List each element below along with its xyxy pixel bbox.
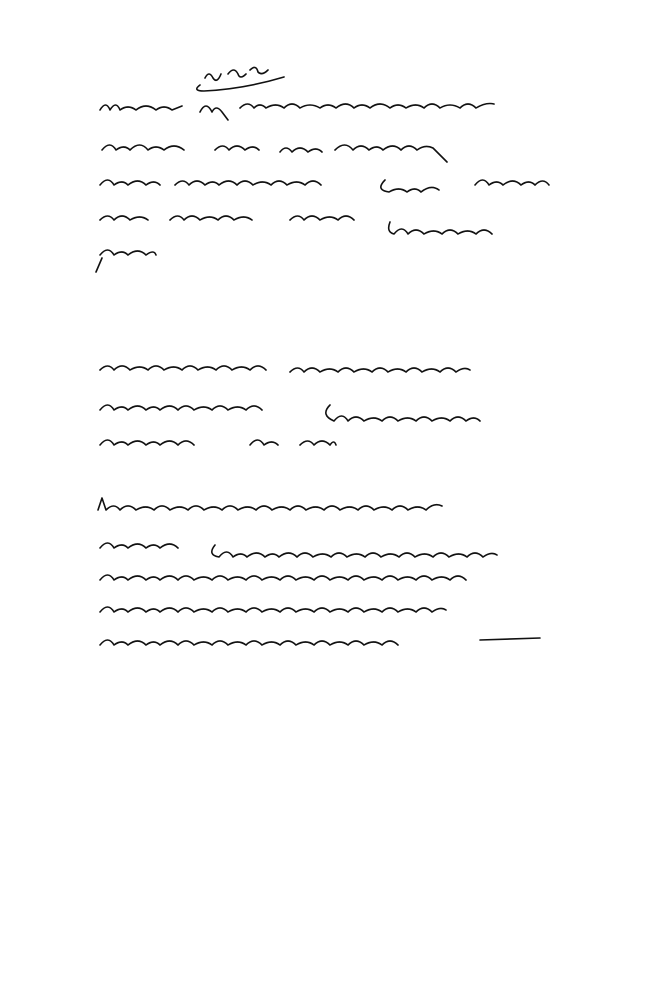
paragraph-1 [96, 104, 549, 273]
paragraph-2 [100, 366, 480, 445]
handwriting-strokes [0, 0, 652, 992]
paragraph-3 [98, 498, 540, 645]
manuscript-page: handwritten manuscript page (cursive Cyr… [0, 0, 652, 992]
header-mark [197, 67, 284, 91]
